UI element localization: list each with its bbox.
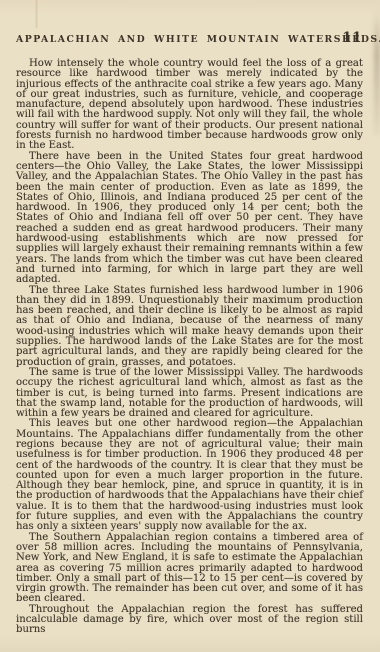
- running-header-title: APPALACHIAN AND WHITE MOUNTAIN WATERSHED…: [16, 34, 362, 45]
- paragraph-southern-appalachian: The Southern Appalachian region contains…: [16, 533, 363, 605]
- paragraph-four-centers: There have been in the United States fou…: [16, 152, 363, 286]
- page-number: 11: [342, 30, 362, 46]
- paragraph-fire-damage: Throughout the Appalachian region the fo…: [16, 605, 363, 636]
- book-page: APPALACHIAN AND WHITE MOUNTAIN WATERSHED…: [0, 0, 380, 652]
- paragraph-mississippi-valley: The same is true of the lower Mississipp…: [16, 368, 363, 419]
- page-body: How intensely the whole country would fe…: [16, 59, 363, 636]
- paragraph-lake-states: The three Lake States furnished less har…: [16, 286, 363, 368]
- running-header: APPALACHIAN AND WHITE MOUNTAIN WATERSHED…: [16, 34, 362, 49]
- paragraph-hardwood-loss: How intensely the whole country would fe…: [16, 59, 363, 152]
- scan-edge-smudge: [374, 10, 380, 135]
- paragraph-appalachian-region: This leaves but one other hardwood regio…: [16, 419, 363, 532]
- scan-crease: [36, 0, 37, 28]
